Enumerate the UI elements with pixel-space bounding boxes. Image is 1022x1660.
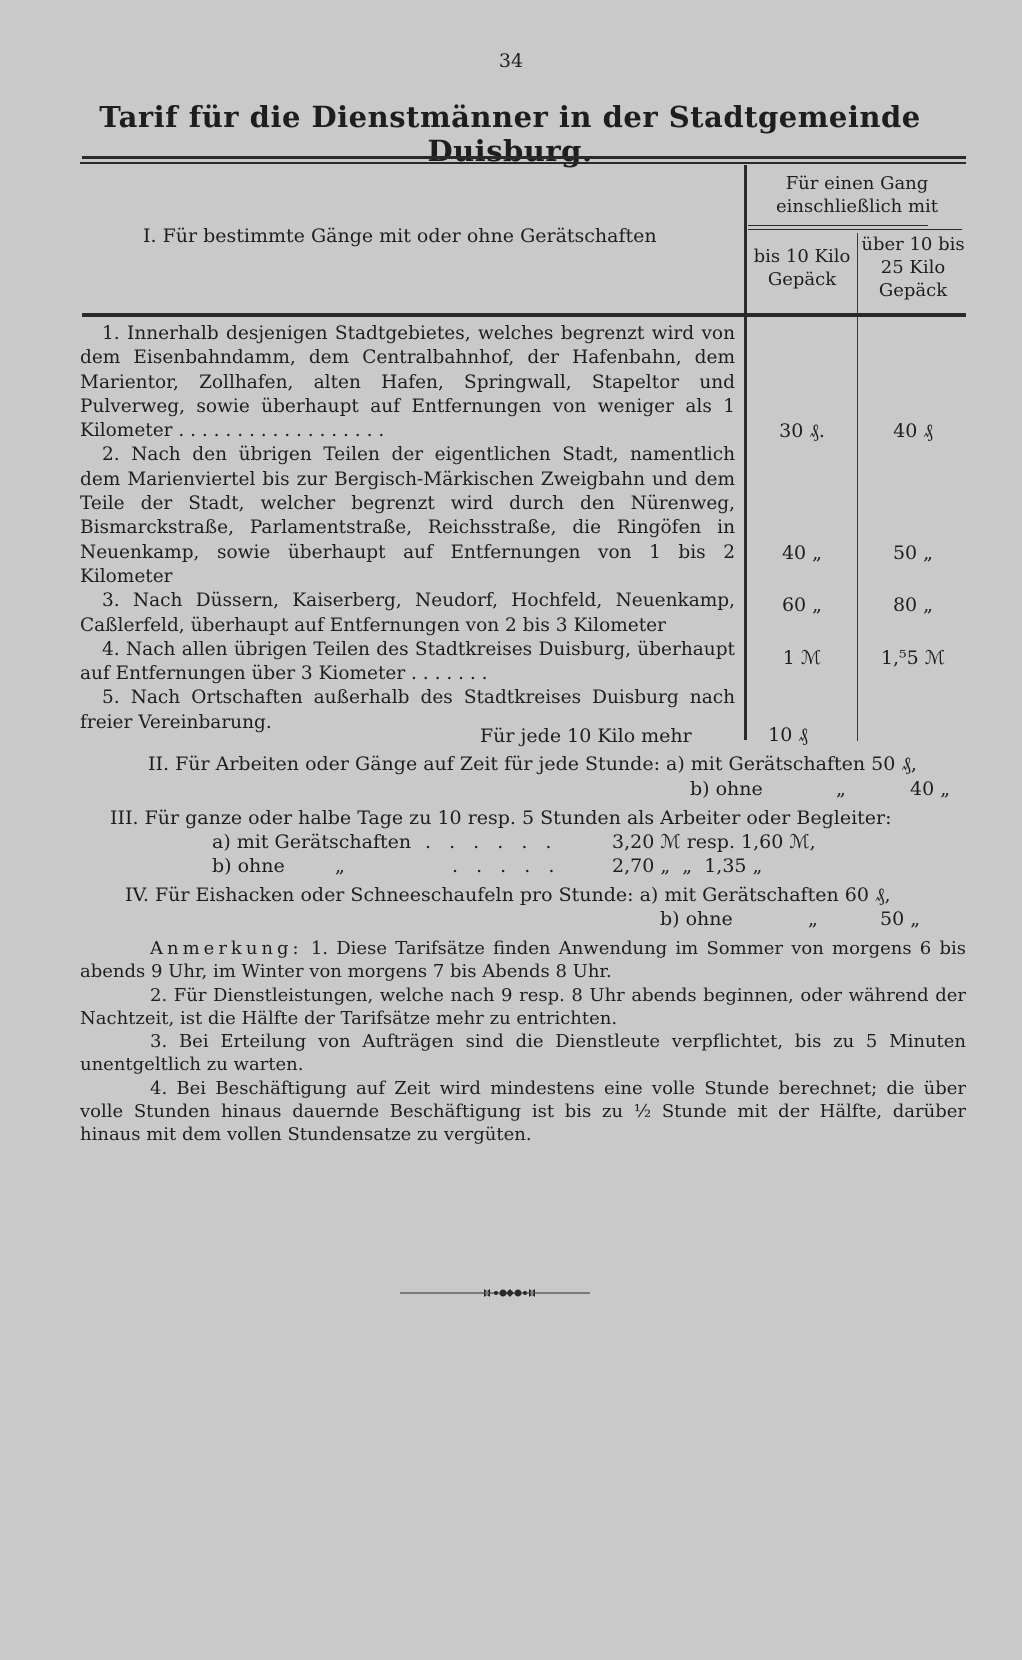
- notes-label: Anmerkung:: [150, 938, 303, 959]
- note-4: 4. Bei Beschäftigung auf Zeit wird minde…: [80, 1077, 966, 1147]
- section-II-b-value: 40 „: [910, 777, 950, 801]
- header-rule-thin: [80, 162, 966, 164]
- section-IV-b-label: b) ohne: [660, 907, 733, 931]
- header-subrule-3: [928, 229, 962, 230]
- header-subrule-2: [748, 229, 928, 230]
- price-row2-col1: 40 „: [748, 542, 856, 564]
- price-row1-col2: 40 ₰: [860, 420, 966, 443]
- section-III-a-dots: . . . . . .: [425, 830, 557, 854]
- price-row3-col2: 80 „: [860, 594, 966, 616]
- section-I-heading: I. Für bestimmte Gänge mit oder ohne Ger…: [143, 225, 657, 247]
- price-row4-col1: 1 ℳ: [748, 647, 856, 669]
- header-rule-thick: [82, 156, 966, 159]
- section-III-heading: III. Für ganze oder halbe Tage zu 10 res…: [110, 806, 892, 830]
- section-IV-b-ditto: „: [808, 907, 818, 931]
- section-IV-b-value: 50 „: [880, 907, 920, 931]
- notes-block: Anmerkung: 1. Diese Tarifsätze finden An…: [80, 937, 966, 1147]
- tariff-row-2: 2. Nach den übrigen Teilen der eigentlic…: [80, 443, 735, 589]
- extra-kilo-label: Für jede 10 Kilo mehr: [480, 724, 692, 748]
- section-III-b-ditto: „: [335, 854, 345, 878]
- section-III-b-label: b) ohne: [212, 854, 285, 878]
- page-number: 34: [0, 50, 1022, 72]
- note-1: Anmerkung: 1. Diese Tarifsätze finden An…: [80, 937, 966, 984]
- section-III-a-value: 3,20 ℳ resp. 1,60 ℳ,: [612, 830, 816, 854]
- tariff-row-1: 1. Innerhalb desjenigen Stadtgebietes, w…: [80, 322, 735, 443]
- section-III-a-label: a) mit Gerätschaften: [212, 830, 411, 854]
- header-subrule: [748, 225, 928, 226]
- price-row1-col1: 30 ₰.: [748, 420, 856, 443]
- column-group-header: Für einen Gang einschließlich mit: [748, 172, 966, 218]
- column-header-2: über 10 bis 25 Kilo Gepäck: [859, 233, 967, 302]
- price-row4-col2: 1,⁵5 ℳ: [860, 647, 966, 669]
- section-III-b-value: 2,70 „ „ 1,35 „: [612, 854, 762, 878]
- note-3: 3. Bei Erteilung von Aufträgen sind die …: [80, 1030, 966, 1077]
- tariff-row-3: 3. Nach Düssern, Kaiserberg, Neudorf, Ho…: [80, 589, 735, 638]
- table-header-rule: [82, 313, 966, 317]
- price-row2-col2: 50 „: [860, 542, 966, 564]
- section-II-b-ditto: „: [836, 777, 846, 801]
- column-header-1: bis 10 Kilo Gepäck: [746, 245, 858, 291]
- section-III-b-dots: . . . . .: [452, 854, 560, 878]
- tariff-row-4: 4. Nach allen übrigen Teilen des Stadtkr…: [80, 638, 735, 687]
- price-row3-col1: 60 „: [748, 594, 856, 616]
- table-divider-mid: [857, 233, 858, 741]
- extra-kilo-price: 10 ₰: [748, 724, 828, 747]
- section-I-rows: 1. Innerhalb desjenigen Stadtgebietes, w…: [80, 322, 735, 735]
- section-II-line1: II. Für Arbeiten oder Gänge auf Zeit für…: [148, 752, 917, 776]
- ornament-divider: [400, 1288, 590, 1298]
- section-II-b-label: b) ohne: [690, 777, 763, 801]
- note-2: 2. Für Dienstleistungen, welche nach 9 r…: [80, 984, 966, 1031]
- section-IV-line1: IV. Für Eishacken oder Schneeschaufeln p…: [125, 883, 890, 907]
